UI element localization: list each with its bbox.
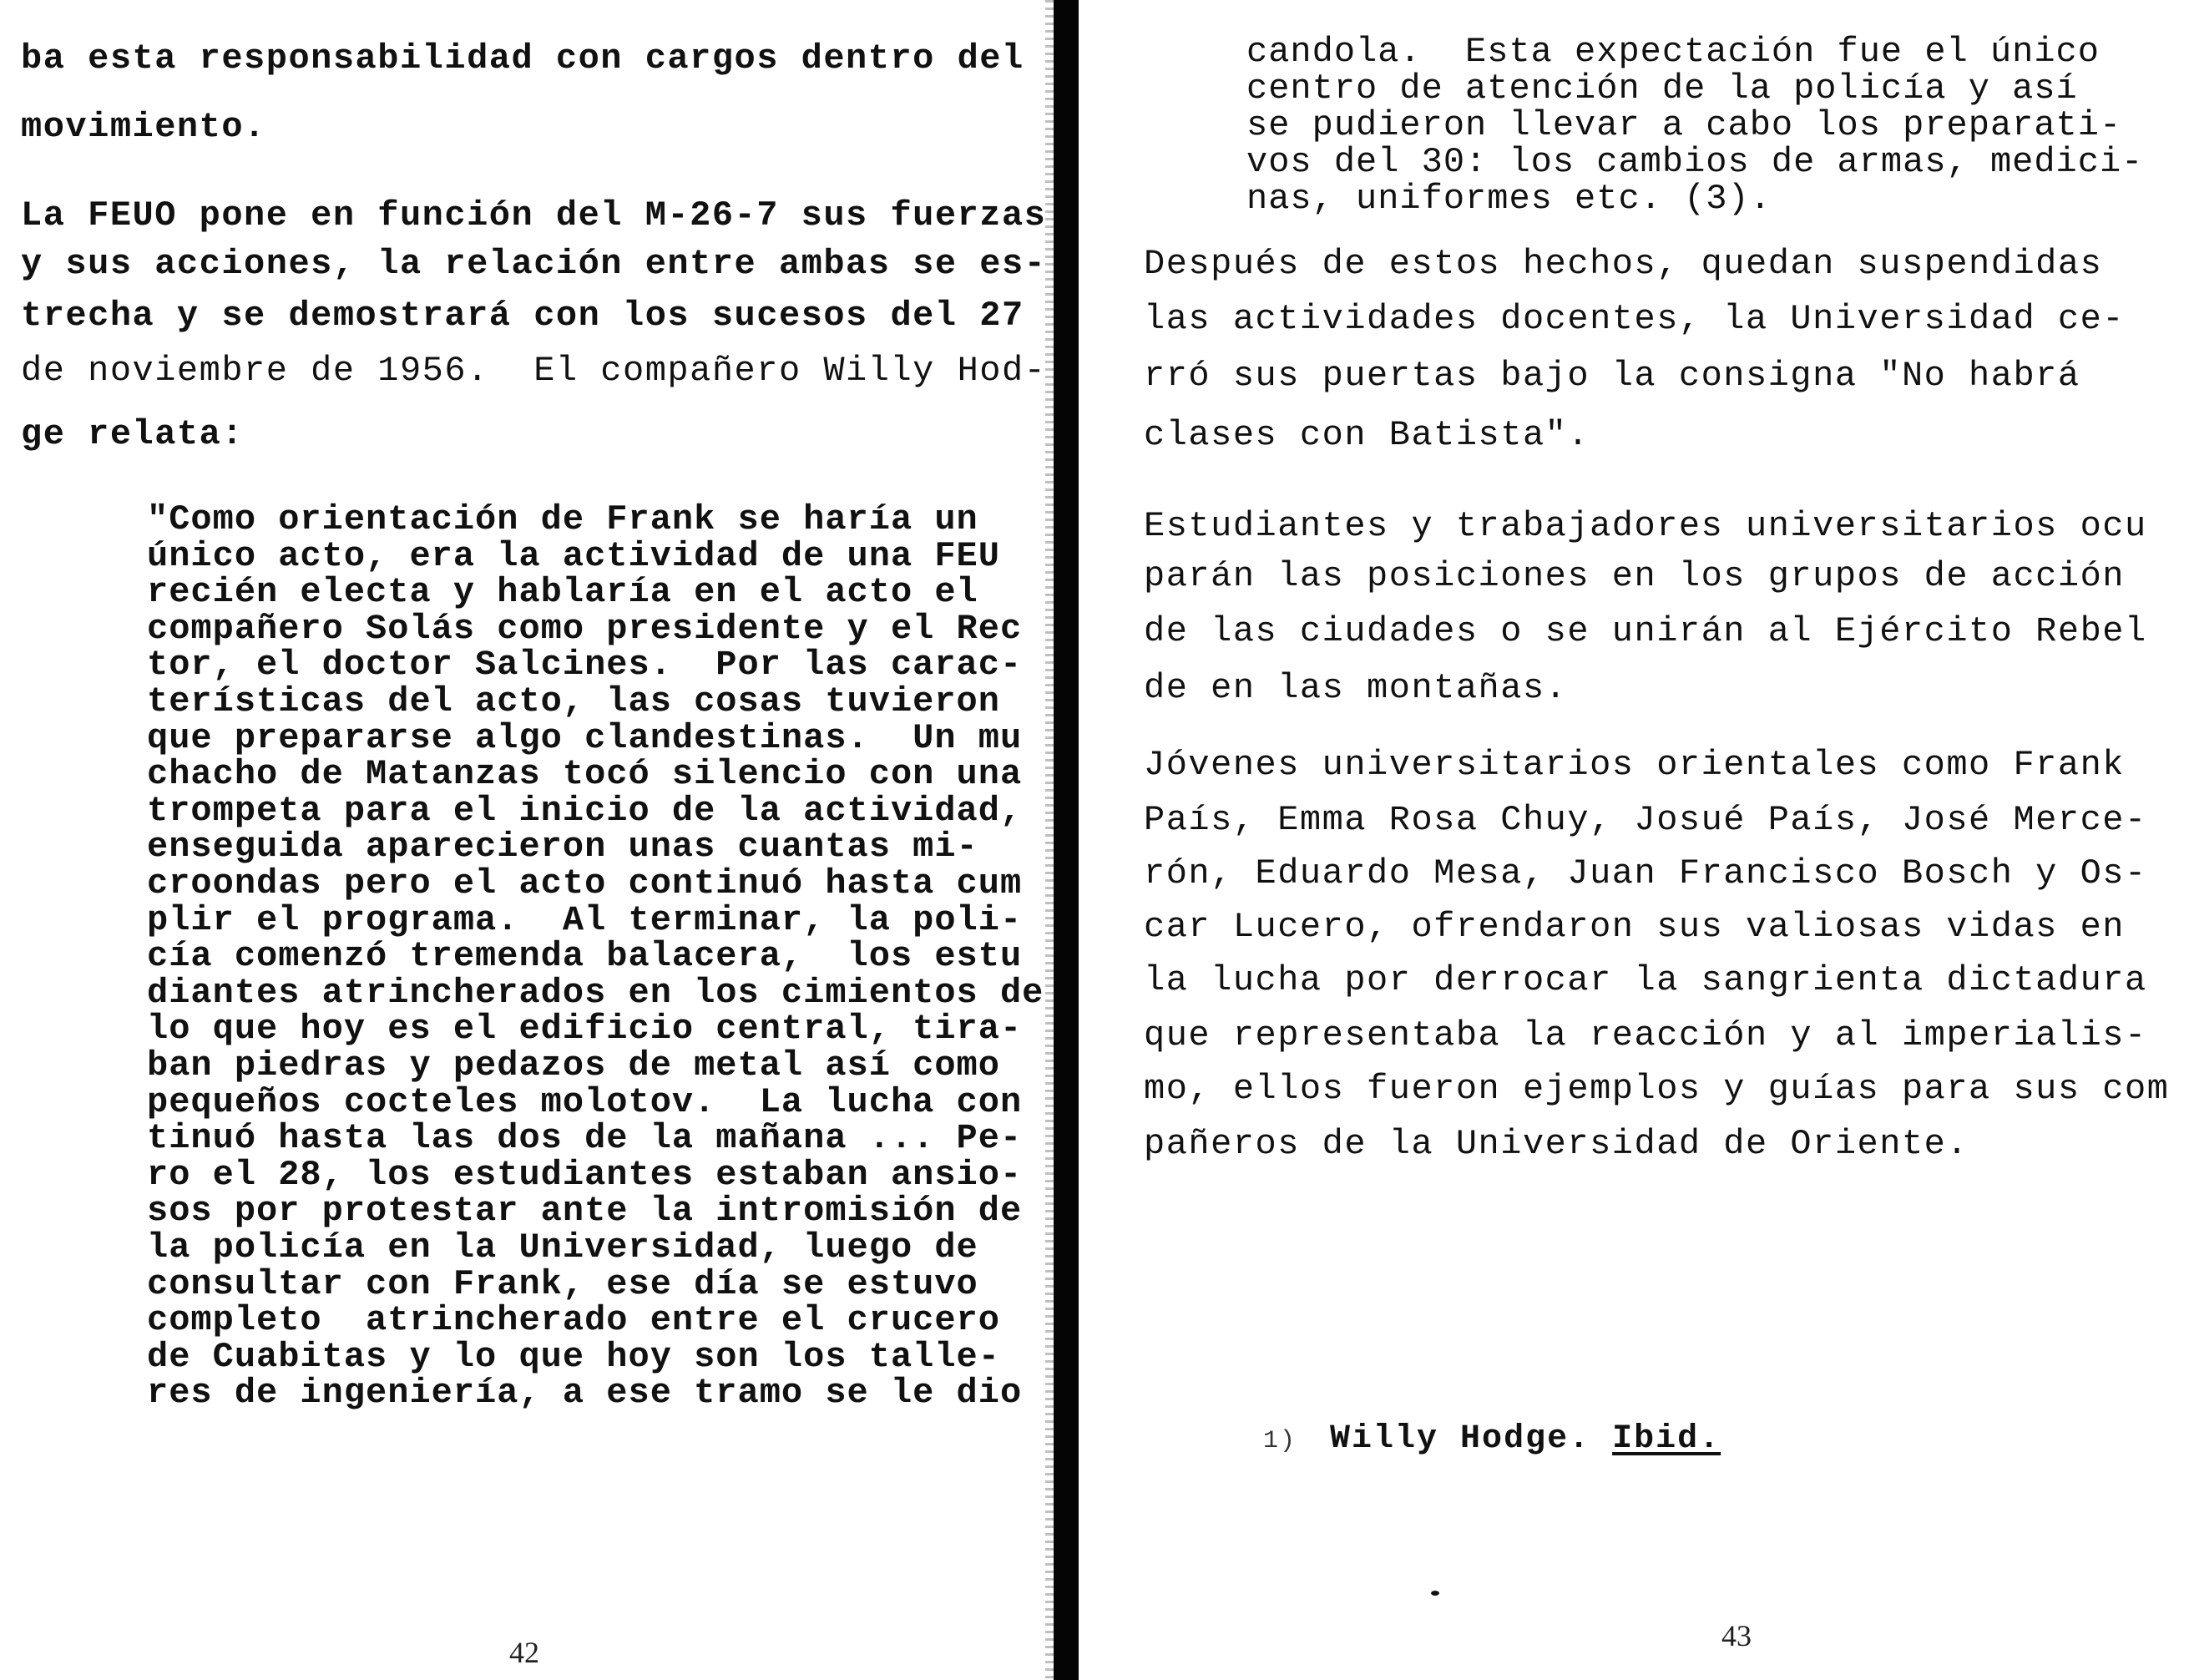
text-line: único acto, era la actividad de una FEU: [147, 536, 1000, 576]
text-line: compañero Solás como presidente y el Rec: [147, 609, 1022, 649]
text-line: res de ingeniería, a ese tramo se le dio: [147, 1373, 1022, 1413]
text-line: y sus acciones, la relación entre ambas …: [21, 244, 1046, 284]
text-line: sos por protestar ante la intromisión de: [147, 1191, 1022, 1231]
text-line: la lucha por derrocar la sangrienta dict…: [1144, 960, 2147, 1000]
text-line: La FEUO pone en función del M-26-7 sus f…: [21, 195, 1046, 235]
text-line: que prepararse algo clandestinas. Un mu: [147, 718, 1022, 758]
text-line: de Cuabitas y lo que hoy son los talle-: [147, 1337, 1000, 1377]
text-line: diantes atrincherados en los cimientos d…: [147, 973, 1044, 1013]
text-line: rró sus puertas bajo la consigna "No hab…: [1144, 356, 2080, 396]
text-line: rón, Eduardo Mesa, Juan Francisco Bosch …: [1144, 853, 2147, 893]
text-line: terísticas del acto, las cosas tuvieron: [147, 681, 1000, 721]
text-line: mo, ellos fueron ejemplos y guías para s…: [1144, 1069, 2169, 1109]
text-line: chacho de Matanzas tocó silencio con una: [147, 754, 1022, 794]
text-line: que representaba la reacción y al imperi…: [1144, 1015, 2147, 1055]
text-line: croondas pero el acto continuó hasta cum: [147, 863, 1022, 903]
text-line: "Como orientación de Frank se haría un: [147, 499, 978, 539]
text-line: consultar con Frank, ese día se estuvo: [147, 1264, 978, 1304]
text-line: ban piedras y pedazos de metal así como: [147, 1045, 1000, 1085]
text-line: parán las posiciones en los grupos de ac…: [1144, 556, 2125, 596]
footnote-author: Willy Hodge.: [1330, 1420, 1590, 1458]
text-line: vos del 30: los cambios de armas, medici…: [1246, 142, 2143, 182]
footnote-marker: 1): [1263, 1427, 1330, 1455]
text-line: recién electa y hablaría en el acto el: [147, 572, 978, 612]
right-page: candola. Esta expectación fue el únicoce…: [1079, 0, 2189, 1680]
text-line: las actividades docentes, la Universidad…: [1144, 299, 2125, 339]
text-line: lo que hoy es el edificio central, tira-: [147, 1009, 1022, 1049]
text-line: car Lucero, ofrendaron sus valiosas vida…: [1144, 907, 2125, 947]
text-line: movimiento.: [21, 107, 266, 147]
text-line: tor, el doctor Salcines. Por las carac-: [147, 645, 1022, 685]
text-line: Después de estos hechos, quedan suspendi…: [1144, 244, 2102, 284]
text-line: trompeta para el inicio de la actividad,: [147, 791, 1022, 831]
text-line: ba esta responsabilidad con cargos dentr…: [21, 38, 1024, 78]
text-line: trecha y se demostrará con los sucesos d…: [21, 296, 1024, 336]
left-page: ba esta responsabilidad con cargos dentr…: [0, 0, 1054, 1680]
ink-speck: [1431, 1591, 1439, 1596]
text-line: nas, uniformes etc. (3).: [1246, 179, 1772, 219]
text-line: clases con Batista".: [1144, 415, 1590, 455]
text-line: candola. Esta expectación fue el único: [1246, 32, 2100, 72]
text-line: cía comenzó tremenda balacera, los estu: [147, 936, 1022, 976]
text-line: pañeros de la Universidad de Oriente.: [1144, 1124, 1969, 1164]
text-line: País, Emma Rosa Chuy, Josué País, José M…: [1144, 800, 2147, 840]
gutter-shadow: [1045, 0, 1054, 1680]
text-line: tinuó hasta las dos de la mañana ... Pe-: [147, 1118, 1022, 1158]
text-line: plir el programa. Al terminar, la poli-: [147, 900, 1022, 940]
book-gutter: [1054, 0, 1079, 1680]
text-line: enseguida aparecieron unas cuantas mi-: [147, 827, 978, 867]
footnote: 1) Willy Hodge. Ibid.: [1176, 1383, 1721, 1495]
text-line: Jóvenes universitarios orientales como F…: [1144, 745, 2125, 785]
text-line: de las ciudades o se unirán al Ejército …: [1144, 611, 2147, 651]
text-line: pequeños cocteles molotov. La lucha con: [147, 1082, 1022, 1122]
text-line: centro de atención de la policía y así: [1246, 68, 2078, 109]
footnote-reference: Ibid.: [1612, 1420, 1721, 1458]
text-line: de en las montañas.: [1144, 668, 1567, 708]
text-line: ro el 28, los estudiantes estaban ansio-: [147, 1155, 1022, 1195]
text-line: completo atrincherado entre el crucero: [147, 1300, 1000, 1340]
text-line: la policía en la Universidad, luego de: [147, 1227, 978, 1268]
page-number: 43: [1721, 1618, 1752, 1653]
text-line: ge relata:: [21, 414, 244, 454]
text-line: se pudieron llevar a cabo los preparati-: [1246, 105, 2121, 145]
page-number: 42: [509, 1635, 539, 1670]
text-line: de noviembre de 1956. El compañero Willy…: [21, 351, 1046, 391]
text-line: Estudiantes y trabajadores universitario…: [1144, 506, 2147, 546]
